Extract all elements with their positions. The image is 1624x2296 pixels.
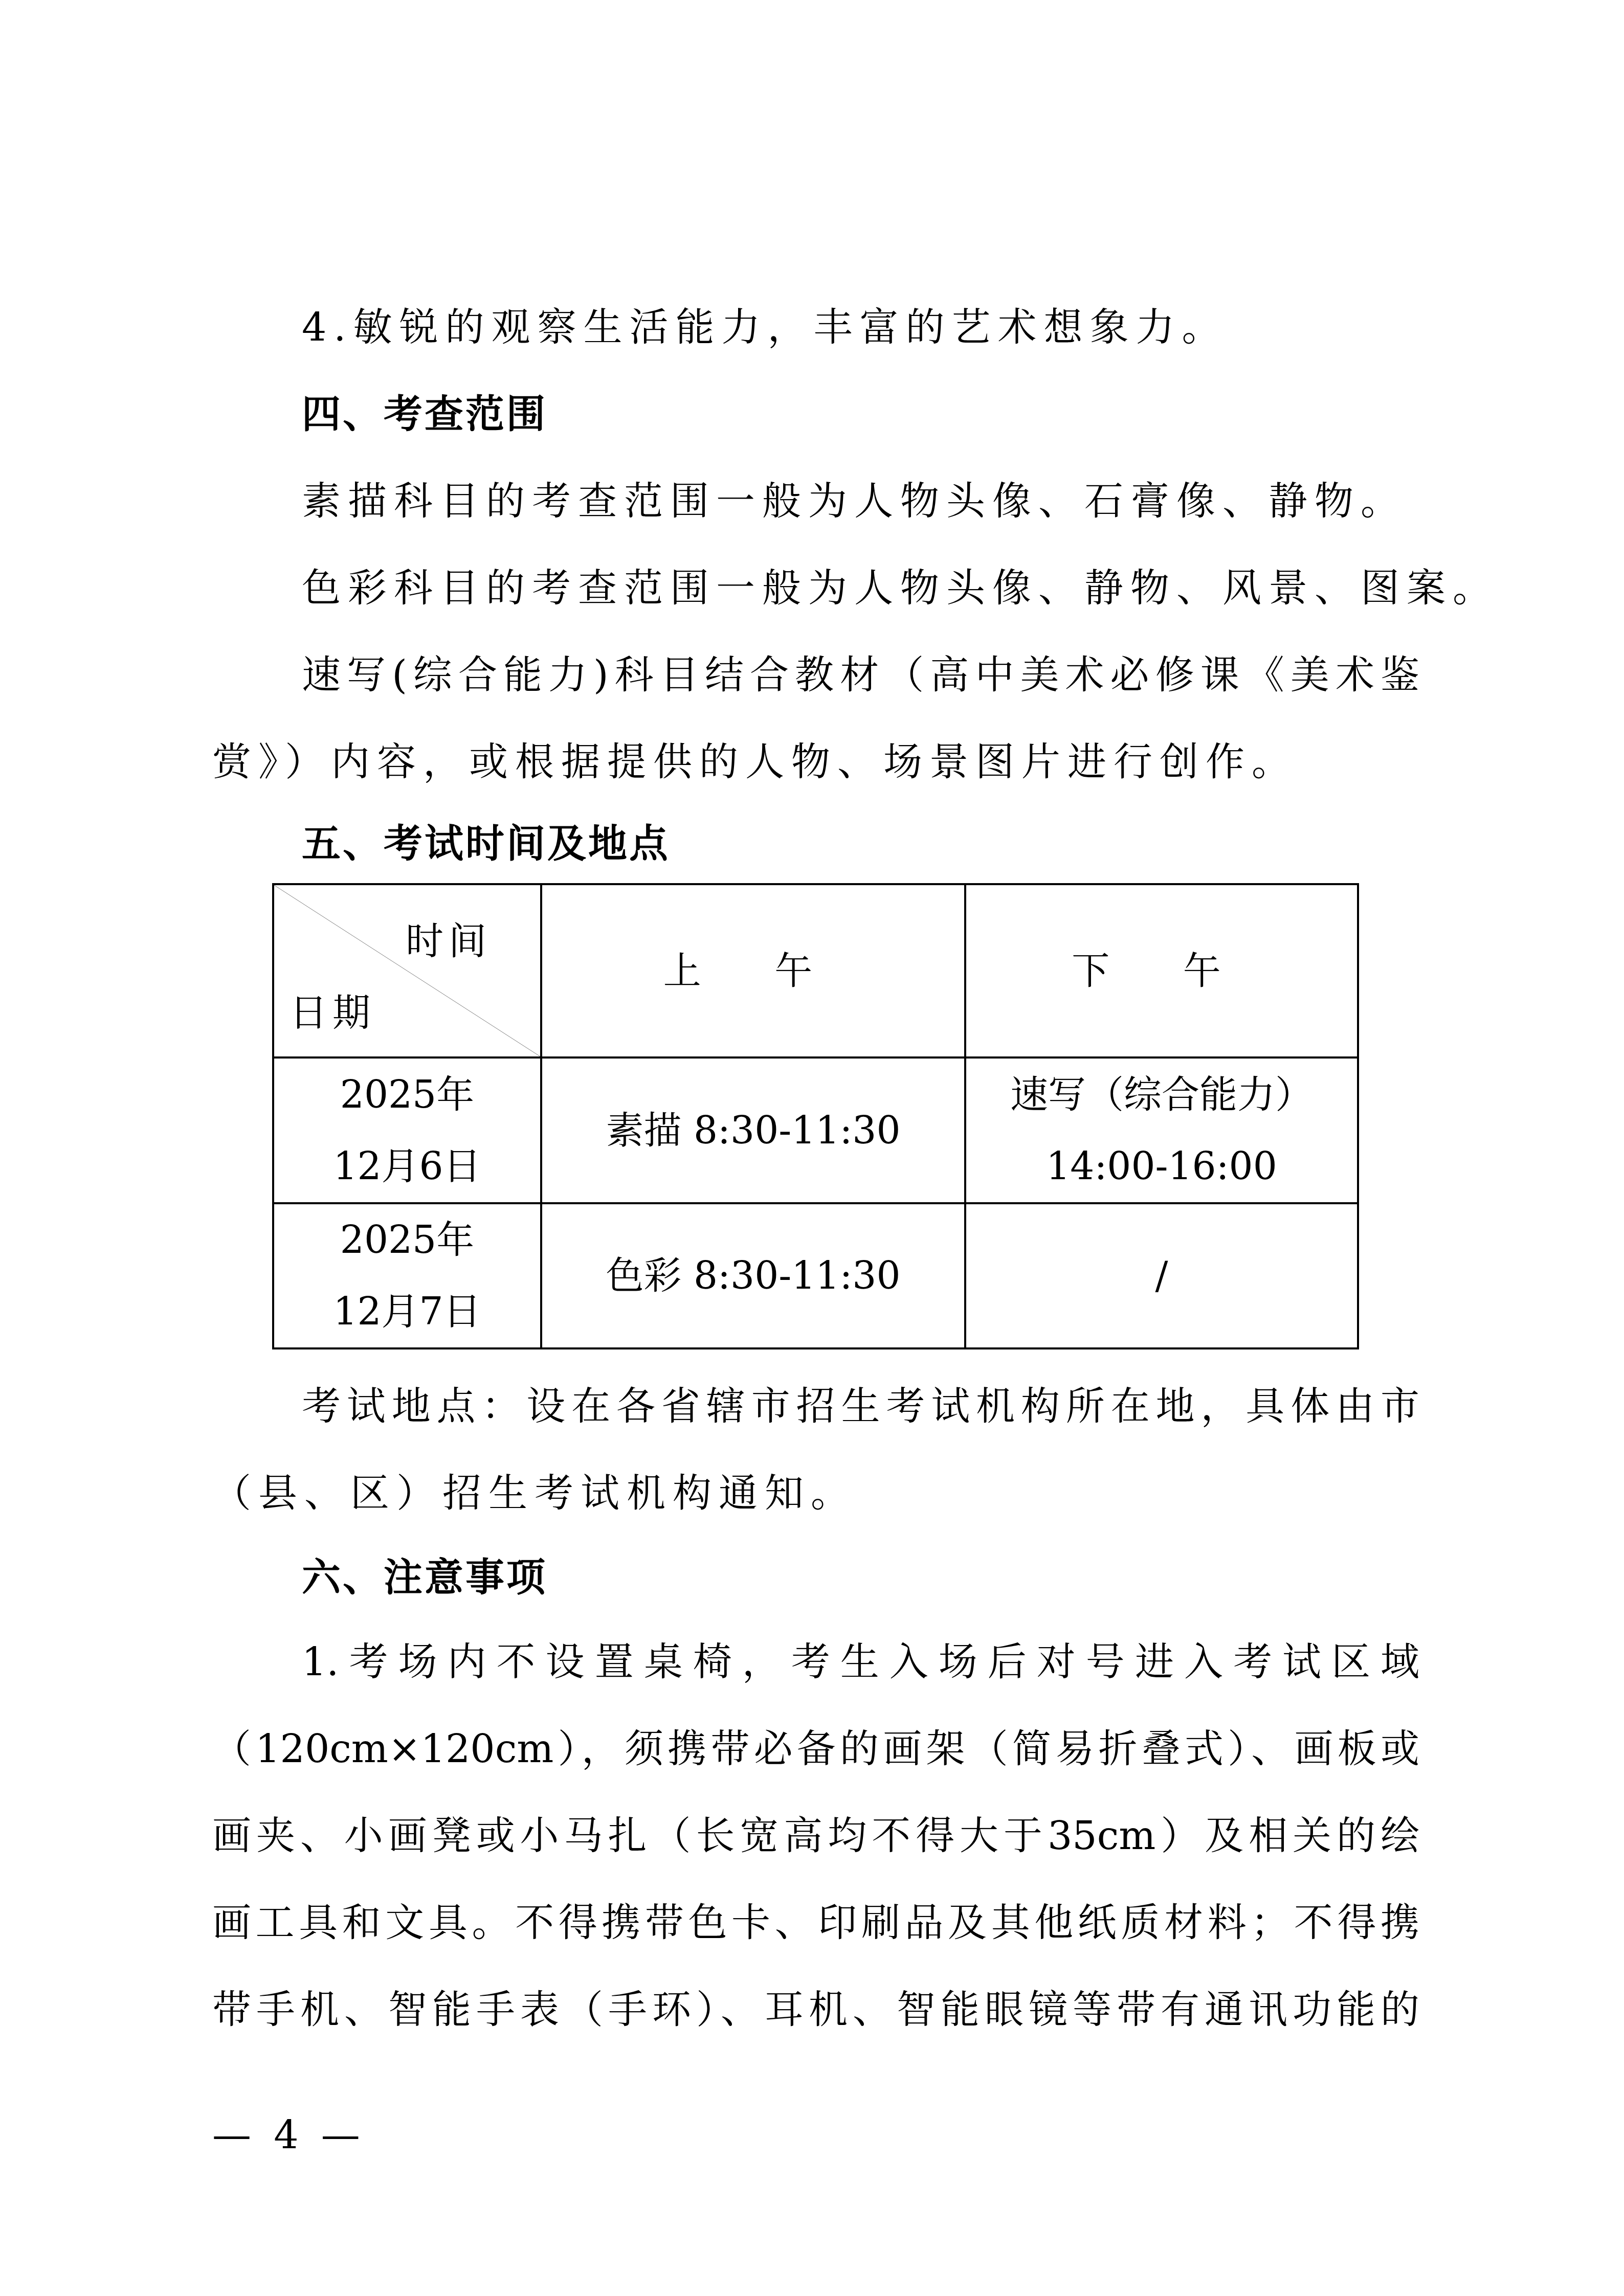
table-row: 2025年 12月7日 色彩 8:30-11:30 / — [273, 1203, 1358, 1348]
header-morning: 上 午 — [541, 884, 965, 1057]
afternoon-subject: 速写（综合能力） — [966, 1059, 1357, 1131]
page-number: — 4 — — [212, 2112, 365, 2157]
section-heading-time-location: 五、考试时间及地点 — [302, 818, 1504, 869]
paragraph-sketch-scope: 素描科目的考查范围一般为人物头像、石膏像、静物。 — [302, 476, 1504, 527]
table-header-row: 时间 日期 上 午 下 午 — [273, 884, 1358, 1057]
date-day: 12月6日 — [274, 1131, 540, 1202]
corner-label-date: 日期 — [290, 987, 375, 1039]
date-cell: 2025年 12月6日 — [273, 1057, 541, 1203]
morning-session-cell: 色彩 8:30-11:30 — [541, 1203, 965, 1348]
corner-label-time: 时间 — [406, 916, 492, 967]
afternoon-session-cell: 速写（综合能力） 14:00-16:00 — [965, 1057, 1358, 1203]
paragraph-note1-line1: 1.考场内不设置桌椅，考生入场后对号进入考试区域 — [302, 1636, 1419, 1687]
paragraph-exam-location-line1: 考试地点：设在各省辖市招生考试机构所在地，具体由市 — [302, 1381, 1419, 1432]
paragraph-quick-sketch-scope-line2: 赏》）内容，或根据提供的人物、场景图片进行创作。 — [212, 736, 1414, 787]
section-heading-scope: 四、考查范围 — [302, 389, 1504, 440]
afternoon-session-cell: / — [965, 1203, 1358, 1348]
paragraph-note1-line4: 画工具和文具。不得携带色卡、印刷品及其他纸质材料；不得携 — [212, 1897, 1419, 1948]
paragraph-quick-sketch-scope-line1: 速写(综合能力)科目结合教材（高中美术必修课《美术鉴 — [302, 649, 1419, 701]
paragraph-color-scope: 色彩科目的考查范围一般为人物头像、静物、风景、图案。 — [302, 562, 1504, 614]
table-corner-cell: 时间 日期 — [273, 884, 541, 1057]
paragraph-note1-line3: 画夹、小画凳或小马扎（长宽高均不得大于35cm）及相关的绘 — [212, 1810, 1419, 1861]
date-year: 2025年 — [274, 1204, 540, 1276]
date-day: 12月7日 — [274, 1276, 540, 1347]
paragraph-note1-line5: 带手机、智能手表（手环）、耳机、智能眼镜等带有通讯功能的 — [212, 1984, 1419, 2035]
date-year: 2025年 — [274, 1059, 540, 1131]
paragraph-exam-location-line2: （县、区）招生考试机构通知。 — [212, 1468, 1414, 1519]
section-heading-notes: 六、注意事项 — [302, 1552, 1504, 1603]
date-cell: 2025年 12月7日 — [273, 1203, 541, 1348]
paragraph-observation-ability: 4.敏锐的观察生活能力，丰富的艺术想象力。 — [302, 302, 1504, 353]
morning-session-cell: 素描 8:30-11:30 — [541, 1057, 965, 1203]
paragraph-note1-line2: （120cm×120cm），须携带必备的画架（简易折叠式）、画板或 — [212, 1723, 1419, 1774]
table-row: 2025年 12月6日 素描 8:30-11:30 速写（综合能力） 14:00… — [273, 1057, 1358, 1203]
exam-schedule-table: 时间 日期 上 午 下 午 2025年 12月6日 素描 8:30-11:30 … — [272, 883, 1359, 1349]
afternoon-time: 14:00-16:00 — [966, 1131, 1357, 1202]
header-afternoon: 下 午 — [965, 884, 1358, 1057]
